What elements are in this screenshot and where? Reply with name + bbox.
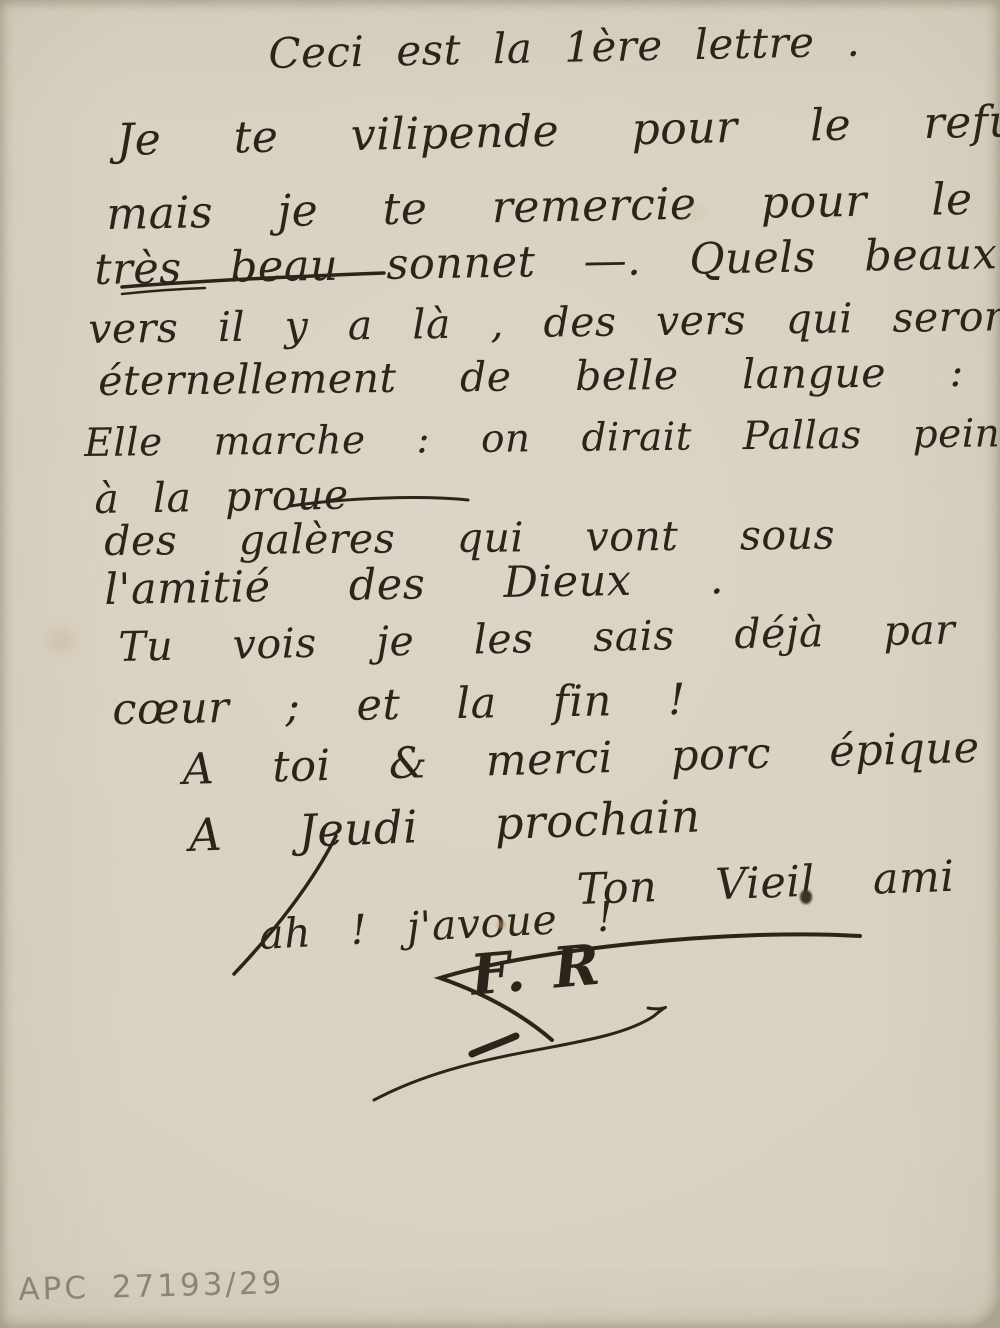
letter-line: éternellement de belle langue : — [98, 349, 964, 405]
signature-initials: F. R — [468, 933, 603, 1008]
letter-closing-farewell: Ton Vieil ami — [576, 853, 955, 916]
rust-spot — [497, 920, 506, 929]
foxing-stain — [688, 206, 706, 220]
letter-page: Ceci est la 1ère lettre . Je te vilipend… — [0, 0, 1000, 1328]
letter-line: très beau sonnet —. Quels beaux — [94, 230, 998, 295]
letter-line: A Jeudi prochain — [188, 790, 701, 861]
signature-tail — [374, 1007, 665, 1100]
letter-line: vers il y a là , des vers qui seront — [88, 293, 1000, 353]
ink-blot — [800, 890, 812, 904]
letter-line-quote: des galères qui vont sous — [104, 512, 835, 566]
letter-heading: Ceci est la 1ère lettre . — [268, 18, 861, 79]
letter-line: A toi & merci porc épique ! — [182, 722, 1000, 796]
letter-line: Je te vilipende pour le refus — [116, 97, 1000, 167]
foxing-stain — [46, 628, 76, 654]
letter-line-quote: l'amitié des Dieux . — [104, 555, 724, 615]
letter-line: mais je te remercie pour le — [106, 175, 973, 241]
letter-line: cœur ; et la fin ! — [112, 676, 686, 735]
archival-mark: APC 27193/29 — [18, 1265, 285, 1308]
letter-line: Tu vois je les sais déjà par — [118, 606, 956, 671]
signature-tail-thick — [472, 1036, 516, 1054]
letter-line-quote: Elle marche : on dirait Pallas peinte — [84, 412, 1000, 467]
